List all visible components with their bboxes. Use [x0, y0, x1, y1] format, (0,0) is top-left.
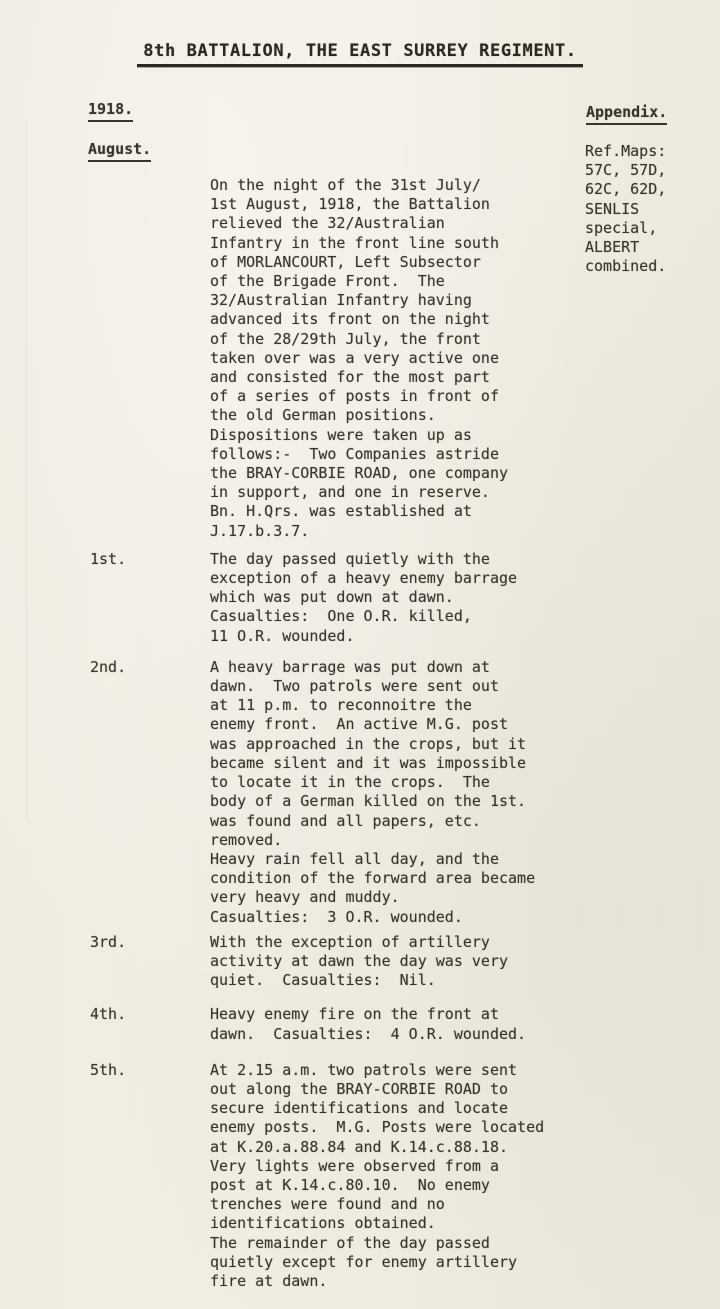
entry-text: The day passed quietly with the exceptio… [210, 550, 600, 646]
entry-text: A heavy barrage was put down at dawn. Tw… [210, 658, 600, 927]
entry-text: At 2.15 a.m. two patrols were sent out a… [210, 1061, 600, 1291]
diary-entry: 3rd. With the exception of artillery act… [0, 933, 600, 991]
year-label: 1918. [88, 100, 133, 122]
entry-text: On the night of the 31st July/ 1st Augus… [210, 176, 600, 541]
entry-text: Heavy enemy fire on the front at dawn. C… [210, 1005, 600, 1043]
diary-entry: 5th. At 2.15 a.m. two patrols were sent … [0, 1061, 600, 1291]
war-diary-page: 8th BATTALION, THE EAST SURREY REGIMENT.… [0, 0, 720, 1309]
diary-entry: 1st. The day passed quietly with the exc… [0, 550, 600, 646]
appendix-label: Appendix. [586, 103, 667, 125]
entry-text: With the exception of artillery activity… [210, 933, 600, 991]
entry-date: 3rd. [0, 933, 210, 952]
entry-date: 5th. [0, 1061, 210, 1080]
entry-date: 1st. [0, 550, 210, 569]
month-label: August. [88, 140, 151, 162]
page-title-row: 8th BATTALION, THE EAST SURREY REGIMENT. [0, 42, 720, 67]
page-title: 8th BATTALION, THE EAST SURREY REGIMENT. [137, 42, 582, 67]
entry-date: 2nd. [0, 658, 210, 677]
diary-entry: On the night of the 31st July/ 1st Augus… [0, 176, 600, 541]
diary-entry: 4th. Heavy enemy fire on the front at da… [0, 1005, 600, 1043]
diary-entries: On the night of the 31st July/ 1st Augus… [0, 176, 600, 1291]
entry-date: 4th. [0, 1005, 210, 1024]
diary-entry: 2nd. A heavy barrage was put down at daw… [0, 658, 600, 927]
